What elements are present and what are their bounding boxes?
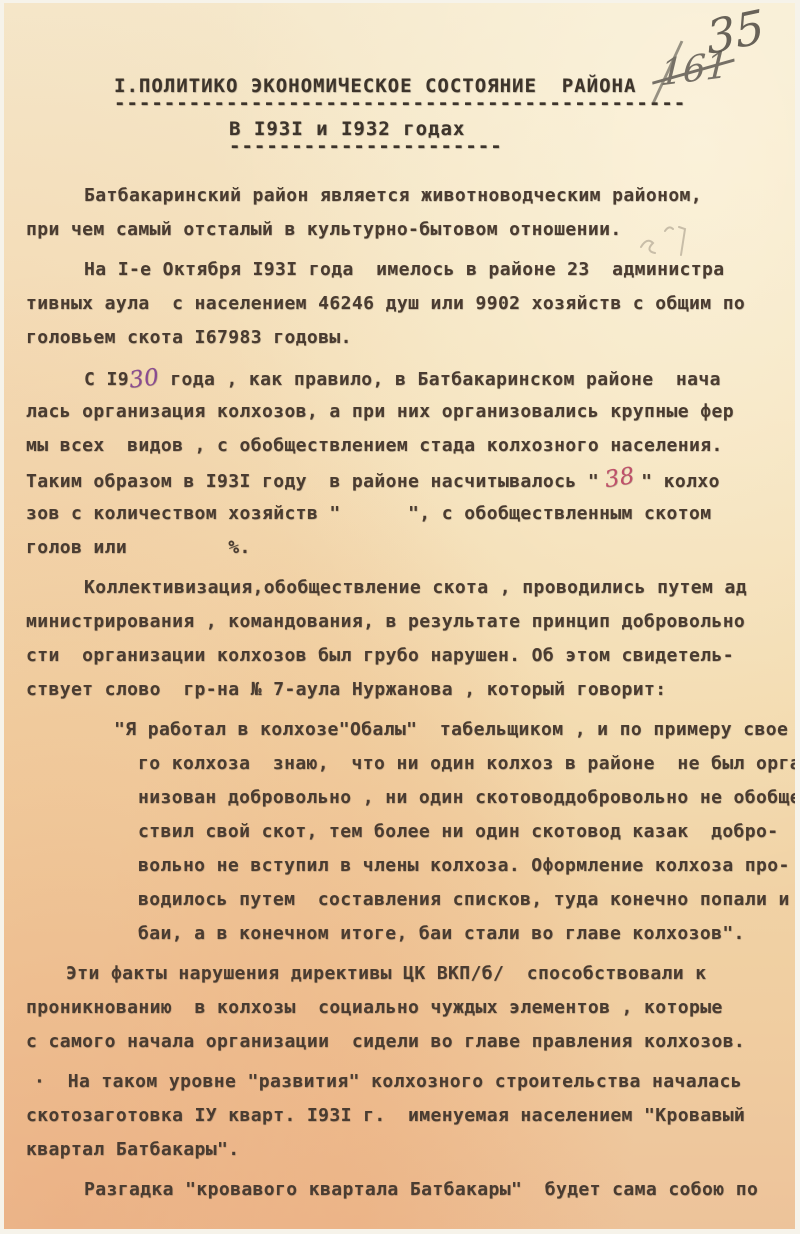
text-line: Батбакаринский район является животновод… [26, 179, 783, 213]
text-line: сти организации колхозов был грубо наруш… [26, 639, 783, 673]
text-line: · На таком уровне "развития" колхозного … [26, 1065, 783, 1099]
text-line: тивных аула с населением 46246 душ или 9… [26, 287, 783, 321]
paragraph-3-mid: лась организация колхозов, а при них орг… [26, 395, 783, 463]
text-line: Разгадка "кровавого квартала Батбакары" … [26, 1173, 783, 1207]
text-line: Эти факты нарушения директивы ЦК ВКП/б/ … [26, 957, 783, 991]
text-line: вольно не вступил в члены колхоза. Оформ… [26, 849, 783, 883]
text-line: головьем скота I67983 годовы. [26, 321, 783, 355]
text-line: Коллективизация,обобществление скота , п… [26, 571, 783, 605]
text-line: при чем самый отсталый в культурно-бытов… [26, 213, 783, 247]
text-line: министрирования , командования, в резуль… [26, 605, 783, 639]
text-line: с самого начала организации сидели во гл… [26, 1025, 783, 1059]
typed-segment: Таким образом в I93I году в районе насчи… [26, 471, 599, 492]
text-line: го колхоза знаю, что ни один колхоз в ра… [26, 747, 783, 781]
text-line: ствует слово гр-на № 7-аула Нуржанова , … [26, 673, 783, 707]
paragraph-3: С I930 года , как правило, в Батбакаринс… [26, 361, 783, 565]
title-underline-2: ---------------------- [229, 139, 783, 153]
quotation-block: "Я работал в колхозе"Обалы" табельщиком … [26, 713, 783, 951]
text-line: ствил свой скот, тем более ни один ското… [26, 815, 783, 849]
scanned-document-page: { "annotations": { "page_number": "35", … [0, 0, 800, 1234]
paper-background: 35 161 I.ПОЛИТИКО ЭКОНОМИЧЕСКОЕ СОСТОЯНИ… [4, 3, 795, 1229]
paragraph-4: Коллективизация,обобществление скота , п… [26, 571, 783, 707]
paragraph-7: Разгадка "кровавого квартала Батбакары" … [26, 1173, 783, 1207]
paragraph-1: Батбакаринский район является животновод… [26, 179, 783, 247]
text-line: водилось путем составления списков, туда… [26, 883, 783, 917]
typed-segment: С I9 [84, 369, 129, 390]
text-line: лась организация колхозов, а при них орг… [26, 395, 783, 429]
paragraph-5: Эти факты нарушения директивы ЦК ВКП/б/ … [26, 957, 783, 1059]
text-line: На I-е Октября I93I года имелось в район… [26, 253, 783, 287]
text-line: зов с количеством хозяйств " ", с обобще… [26, 497, 783, 531]
handwritten-kolkhoz-count: 38 [602, 459, 637, 497]
text-line: мы всех видов , с обобществлением стада … [26, 429, 783, 463]
text-line: голов или %. [26, 531, 783, 565]
text-line: квартал Батбакары". [26, 1133, 783, 1167]
text-line: Таким образом в I93I году в районе насчи… [26, 463, 783, 497]
text-line: баи, а в конечном итоге, баи стали во гл… [26, 917, 783, 951]
handwritten-year-correction: 30 [127, 360, 161, 397]
text-line: С I930 года , как правило, в Батбакаринс… [26, 361, 783, 395]
text-line: проникнованию в колхозы социально чуждых… [26, 991, 783, 1025]
paragraph-3-end: зов с количеством хозяйств " ", с обобще… [26, 497, 783, 565]
paragraph-2: На I-е Октября I93I года имелось в район… [26, 253, 783, 355]
text-line: низован добровольно , ни один скотоводдо… [26, 781, 783, 815]
text-line: "Я работал в колхозе"Обалы" табельщиком … [26, 713, 783, 747]
typed-text-column: I.ПОЛИТИКО ЭКОНОМИЧЕСКОЕ СОСТОЯНИЕ РАЙОН… [26, 73, 783, 1213]
title-underline-1: ----------------------------------------… [114, 96, 783, 110]
typed-segment: года , как правило, в Батбакаринском рай… [159, 369, 721, 390]
document-title-block: I.ПОЛИТИКО ЭКОНОМИЧЕСКОЕ СОСТОЯНИЕ РАЙОН… [114, 73, 783, 153]
text-line: скотозаготовка IУ кварт. I93I г. именуем… [26, 1099, 783, 1133]
typed-segment: " колхо [641, 471, 720, 492]
paragraph-6: · На таком уровне "развития" колхозного … [26, 1065, 783, 1167]
